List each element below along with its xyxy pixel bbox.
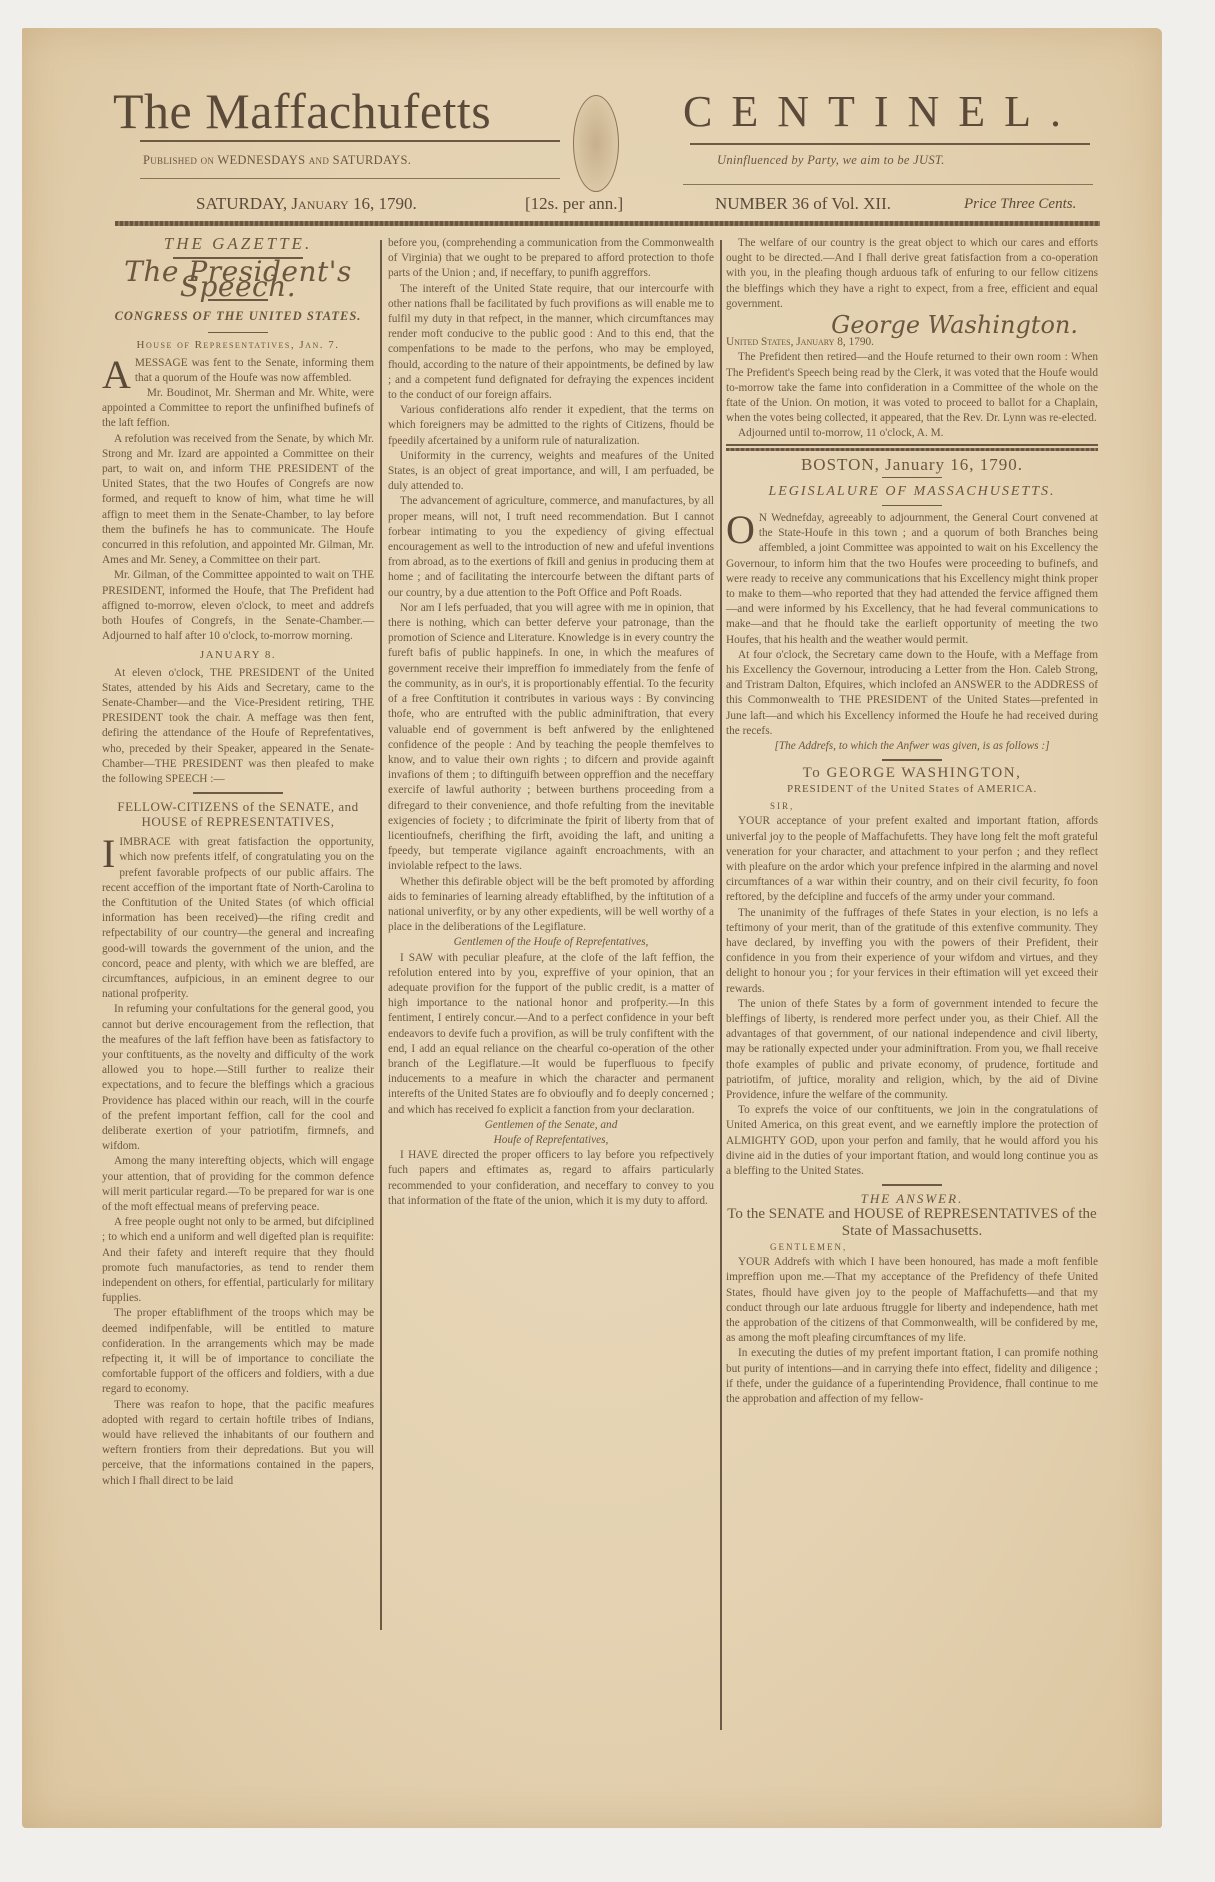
column-divider — [380, 240, 382, 1630]
adjourned-line: Adjourned until to-morrow, 11 o'clock, A… — [726, 426, 1098, 441]
masthead-rule — [140, 140, 560, 142]
answer-paragraph: YOUR Addrefs with which I have been hono… — [726, 1255, 1098, 1346]
speech-paragraph: The welfare of our country is the great … — [726, 236, 1098, 312]
divider — [882, 759, 942, 761]
column-divider — [720, 240, 722, 1730]
article-paragraph: At four o'clock, the Secretary came down… — [726, 648, 1098, 739]
legislature-heading: LEGISLALURE OF MASSACHUSETTS. — [726, 484, 1098, 499]
article-paragraph: Mr. Gilman, of the Committee appointed t… — [102, 568, 374, 644]
answer-gentlemen: GENTLEMEN, — [770, 1240, 1098, 1255]
address-recipient: To GEORGE WASHINGTON, — [726, 766, 1098, 781]
address-recipient-title: PRESIDENT of the United States of AMERIC… — [726, 782, 1098, 797]
speech-paragraph: I HAVE directed the proper officers to l… — [388, 1148, 714, 1209]
speech-paragraph: Whether this defirable object will be th… — [388, 875, 714, 936]
answer-paragraph: In executing the duties of my prefent im… — [726, 1346, 1098, 1407]
speech-paragraph: The proper eftablifhment of the troops w… — [102, 1306, 374, 1397]
issue-date: SATURDAY, January 16, 1790. — [196, 194, 417, 214]
speech-paragraph: Among the many interefting objects, whic… — [102, 1154, 374, 1215]
answer-recipient: To the SENATE and HOUSE of REPRESENTATIV… — [726, 1206, 1098, 1240]
column-1: THE GAZETTE. The President's Speech. CON… — [102, 236, 374, 1489]
speech-paragraph: Various confiderations alfo render it ex… — [388, 403, 714, 449]
masthead-title-right: CENTINEL. — [683, 86, 1080, 137]
article-paragraph: Mr. Boudinot, Mr. Sherman and Mr. White,… — [102, 386, 374, 432]
divider — [208, 332, 268, 334]
masthead-motto: Uninfluenced by Party, we aim to be JUST… — [717, 153, 945, 168]
article-paragraph: AMESSAGE was fent to the Senate, informi… — [102, 356, 374, 386]
speech-paragraph: The advancement of agriculture, commerce… — [388, 494, 714, 600]
divider — [882, 477, 942, 479]
speech-paragraph: In refuming your confultations for the g… — [102, 1002, 374, 1154]
speech-paragraph: The intereft of the United State require… — [388, 282, 714, 404]
speech-paragraph: A free people ought not only to be armed… — [102, 1215, 374, 1306]
column-2: before you, (comprehending a communicati… — [388, 236, 714, 1209]
speech-paragraph: before you, (comprehending a communicati… — [388, 236, 714, 282]
salutation-both: Gentlemen of the Senate, and — [388, 1118, 714, 1133]
divider — [193, 792, 283, 794]
masthead-rule — [690, 143, 1090, 145]
issue-price: Price Three Cents. — [964, 196, 1076, 213]
speech-salutation: FELLOW-CITIZENS of the SENATE, and HOUSE… — [102, 799, 374, 829]
drop-cap: I — [102, 837, 115, 871]
speech-paragraph: I SAW with peculiar pleafure, at the clo… — [388, 951, 714, 1118]
speech-paragraph: IIMBRACE with great fatisfaction the opp… — [102, 835, 374, 1002]
address-paragraph: The unanimity of the fuffrages of thefe … — [726, 906, 1098, 997]
published-days: Published on WEDNESDAYS and SATURDAYS. — [143, 153, 411, 168]
column-3: The welfare of our country is the great … — [726, 236, 1098, 1407]
boston-dateline: BOSTON, January 16, 1790. — [726, 457, 1098, 472]
speech-paragraph: Uniformity in the currency, weights and … — [388, 449, 714, 495]
address-sir: SIR, — [770, 799, 1098, 814]
divider — [726, 448, 1098, 451]
salutation-house: Gentlemen of the Houfe of Reprefentative… — [388, 935, 714, 950]
speech-paragraph: Nor am I lefs perfuaded, that you will a… — [388, 601, 714, 875]
divider — [882, 1184, 942, 1186]
drop-cap: A — [102, 358, 131, 392]
answer-heading: THE ANSWER. — [726, 1191, 1098, 1206]
salutation-both: Houfe of Reprefentatives, — [388, 1133, 714, 1148]
address-note: [The Addrefs, to which the Anfwer was gi… — [726, 739, 1098, 754]
masthead-rule — [140, 178, 560, 179]
address-paragraph: To exprefs the voice of our conftituents… — [726, 1103, 1098, 1179]
divider — [882, 505, 942, 507]
speech-paragraph: There was reafon to hope, that the pacif… — [102, 1398, 374, 1489]
article-paragraph: A refolution was received from the Senat… — [102, 432, 374, 569]
dateline: JANUARY 8. — [102, 648, 374, 663]
headline: The President's Speech. — [102, 264, 374, 294]
issue-number: NUMBER 36 of Vol. XII. — [715, 194, 891, 214]
divider — [726, 444, 1098, 446]
masthead-double-rule — [115, 221, 1100, 226]
state-seal-icon — [573, 95, 619, 192]
article-paragraph: The Prefident then retired—and the Houfe… — [726, 350, 1098, 426]
signature: George Washington. — [726, 318, 1078, 333]
article-paragraph: ON Wednefday, agreeably to adjournment, … — [726, 511, 1098, 648]
section-title: THE GAZETTE. — [102, 236, 374, 251]
address-paragraph: The union of thefe States by a form of g… — [726, 997, 1098, 1103]
article-paragraph: At eleven o'clock, THE PRESIDENT of the … — [102, 666, 374, 788]
subhead: CONGRESS OF THE UNITED STATES. — [102, 309, 374, 324]
dateline: House of Representatives, Jan. 7. — [102, 338, 374, 353]
masthead-title-left: The Maffachufetts — [113, 82, 491, 140]
address-paragraph: YOUR acceptance of your prefent exalted … — [726, 814, 1098, 905]
annual-price: [12s. per ann.] — [525, 194, 623, 214]
masthead-rule — [683, 184, 1093, 185]
drop-cap: O — [726, 513, 755, 547]
